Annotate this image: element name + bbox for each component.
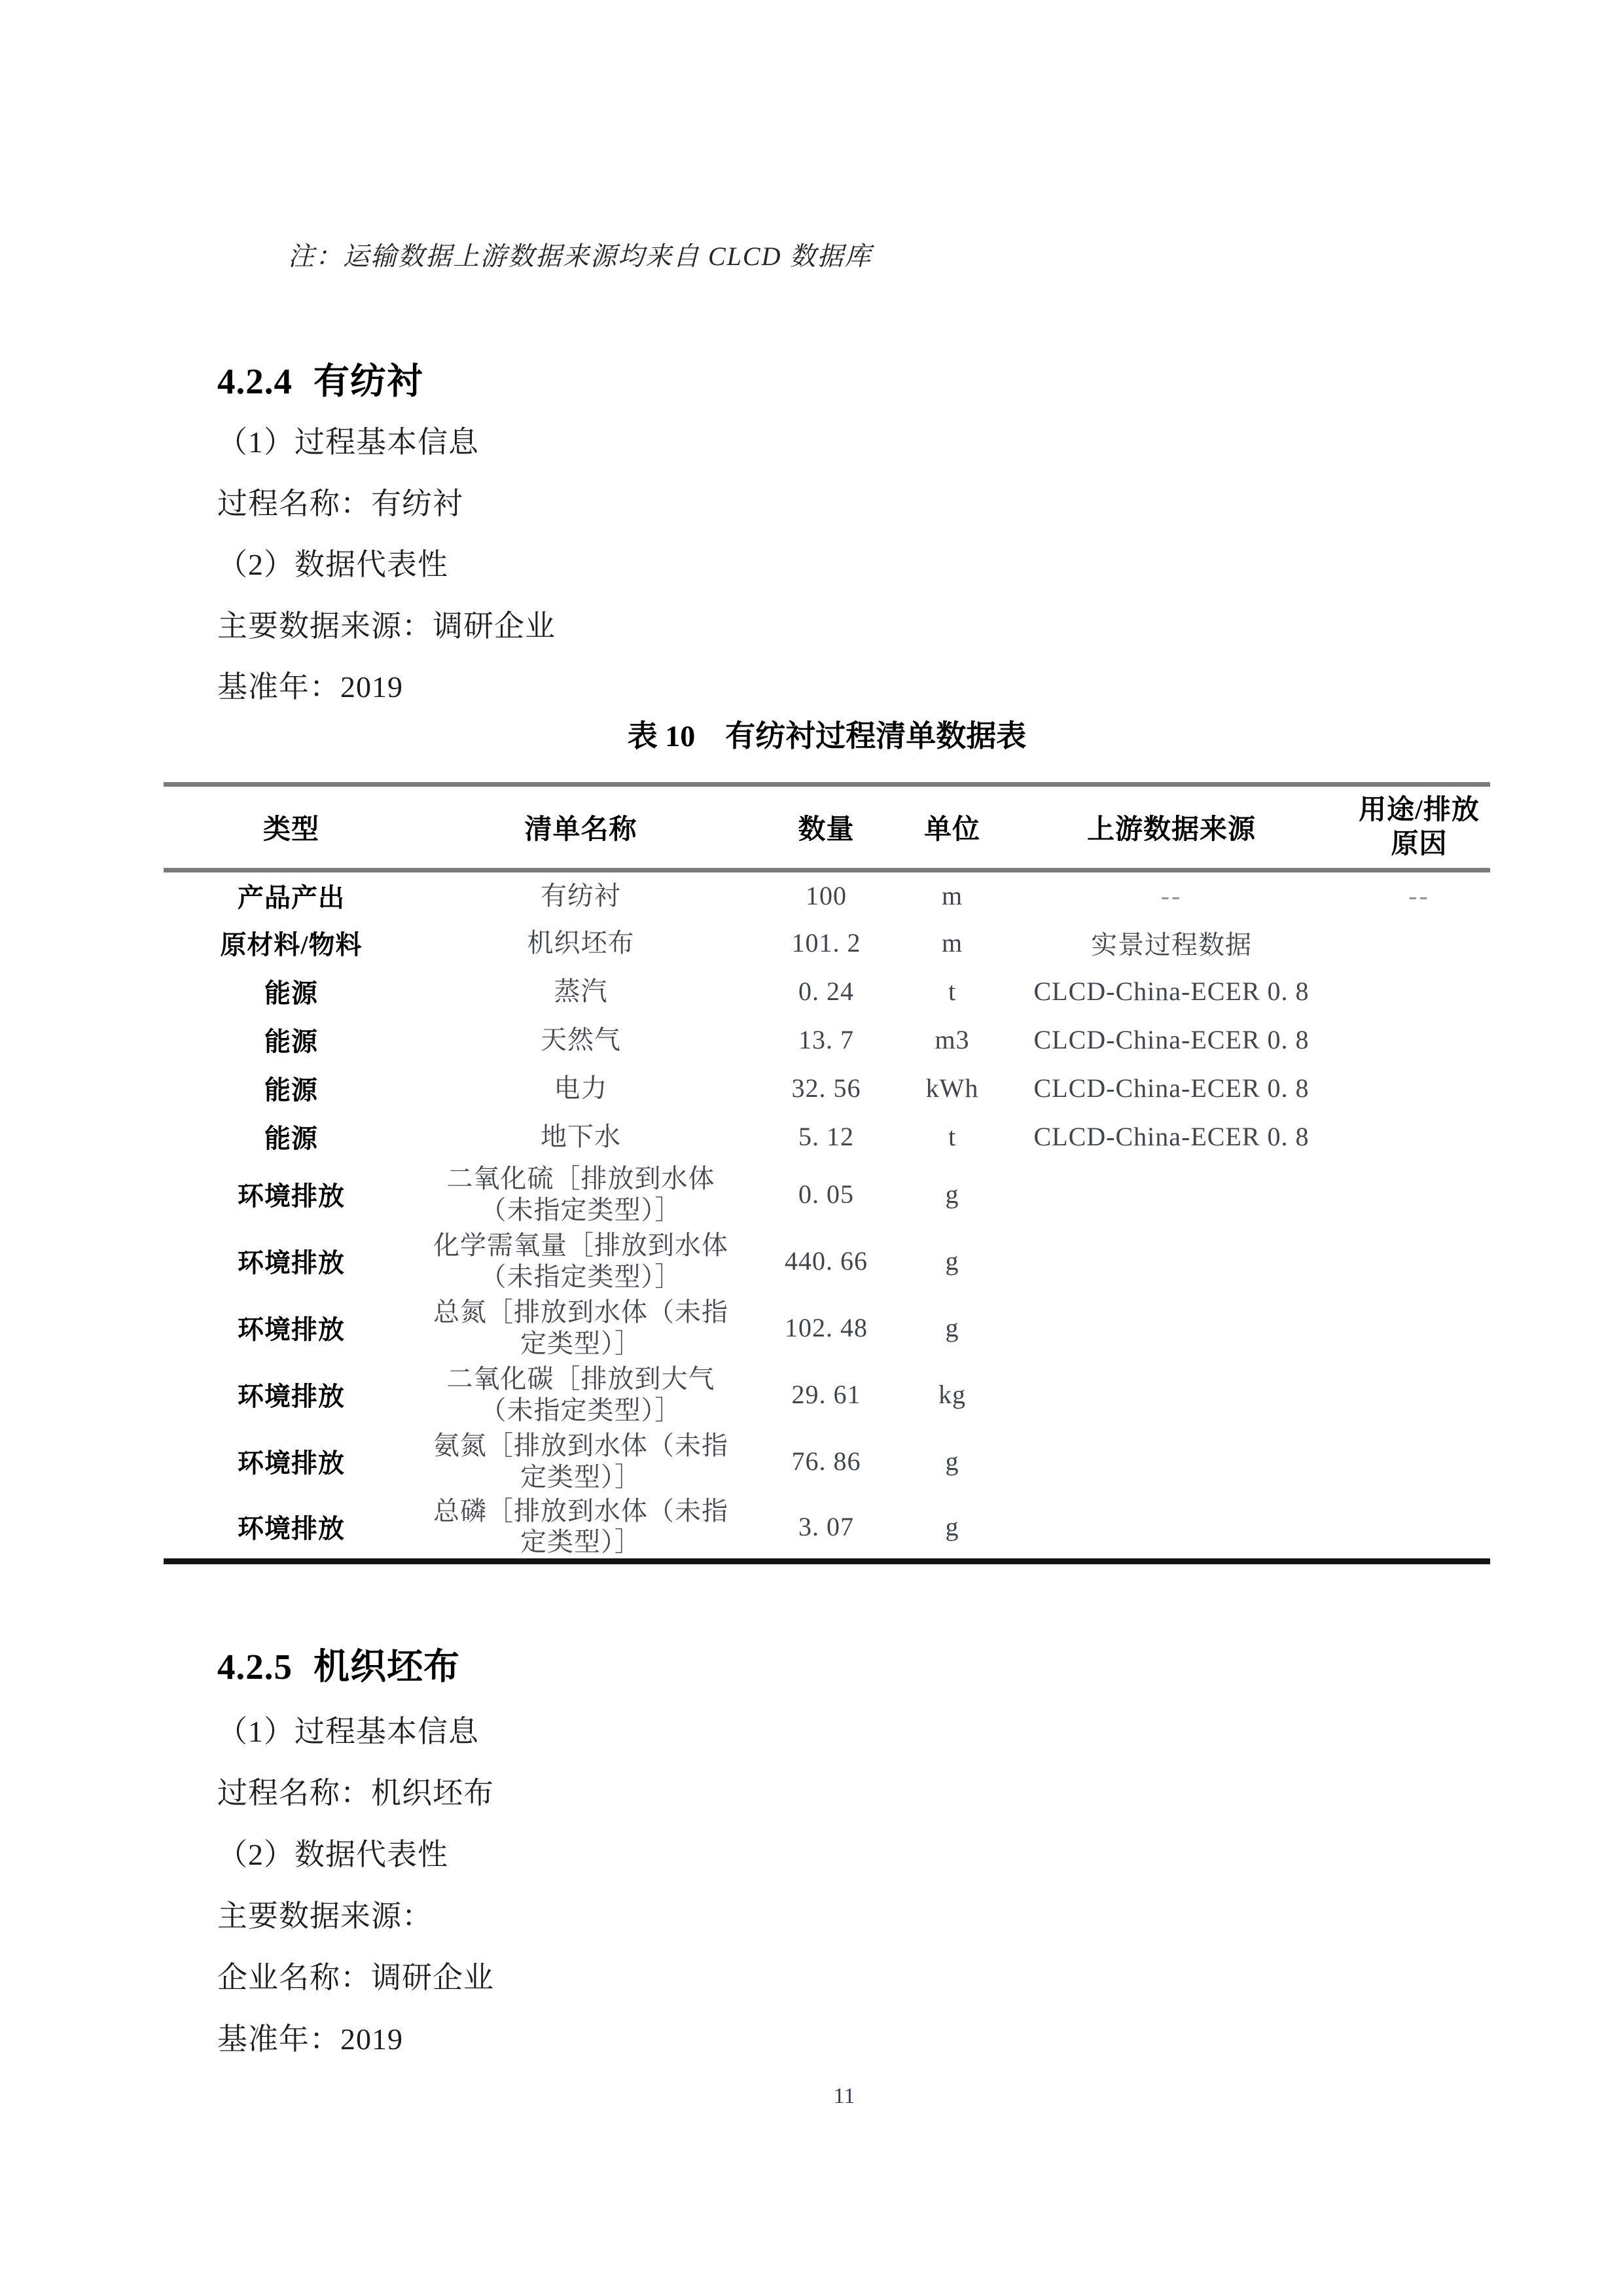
cell-type: 环境排放: [164, 1495, 419, 1562]
paragraph-424-base-year: 基准年：2019: [217, 669, 403, 705]
header-purpose: 用途/排放 原因: [1348, 785, 1490, 870]
document-page: 注：运输数据上游数据来源均来自 CLCD 数据库 4.2.4有纺衬 （1）过程基…: [0, 0, 1623, 2296]
cell-purpose: [1348, 919, 1490, 967]
table-row: 环境排放总磷［排放到水体（未指 定类型）］3. 07g: [164, 1495, 1490, 1562]
cell-qty: 13. 7: [743, 1016, 910, 1064]
table-row: 能源天然气13. 7m3CLCD-China-ECER 0. 8: [164, 1016, 1490, 1064]
paragraph-425-basic-info: （1）过程基本信息: [217, 1713, 479, 1749]
header-source: 上游数据来源: [995, 785, 1348, 870]
cell-purpose: [1348, 1016, 1490, 1064]
cell-name: 地下水: [419, 1113, 743, 1161]
cell-qty: 0. 05: [743, 1161, 910, 1228]
cell-qty: 440. 66: [743, 1228, 910, 1295]
cell-source: --: [995, 870, 1348, 919]
inventory-table: 类型 清单名称 数量 单位 上游数据来源 用途/排放 原因 产品产出有纺衬100…: [164, 782, 1490, 1564]
cell-name: 有纺衬: [419, 870, 743, 919]
cell-purpose: --: [1348, 870, 1490, 919]
cell-unit: g: [910, 1161, 995, 1228]
cell-source: 实景过程数据: [995, 919, 1348, 967]
section-425-title: 机织坯布: [313, 1647, 460, 1687]
table-note: 注：运输数据上游数据来源均来自 CLCD 数据库: [288, 236, 872, 273]
cell-qty: 32. 56: [743, 1064, 910, 1113]
cell-qty: 100: [743, 870, 910, 919]
table-caption-title: 有纺衬过程清单数据表: [725, 719, 1026, 753]
cell-name: 二氧化碳［排放到大气 （未指定类型）］: [419, 1361, 743, 1428]
cell-type: 环境排放: [164, 1295, 419, 1361]
cell-unit: m3: [910, 1016, 995, 1064]
cell-unit: m: [910, 870, 995, 919]
table-row: 环境排放总氮［排放到水体（未指 定类型）］102. 48g: [164, 1295, 1490, 1361]
cell-source: [995, 1161, 1348, 1228]
paragraph-425-data-source: 主要数据来源：: [217, 1898, 433, 1934]
cell-name: 天然气: [419, 1016, 743, 1064]
cell-type: 能源: [164, 1113, 419, 1161]
cell-purpose: [1348, 1495, 1490, 1562]
section-heading-425: 4.2.5机织坯布: [217, 1638, 460, 1689]
table-row: 环境排放化学需氧量［排放到水体 （未指定类型）］440. 66g: [164, 1228, 1490, 1295]
table-caption: 表 10有纺衬过程清单数据表: [164, 712, 1490, 755]
cell-qty: 101. 2: [743, 919, 910, 967]
cell-type: 能源: [164, 1064, 419, 1113]
cell-source: [995, 1295, 1348, 1361]
cell-unit: kWh: [910, 1064, 995, 1113]
cell-purpose: [1348, 1228, 1490, 1295]
header-type: 类型: [164, 785, 419, 870]
inventory-table-body: 产品产出有纺衬100m----原材料/物料机织坯布101. 2m实景过程数据能源…: [164, 870, 1490, 1562]
table-row: 能源地下水5. 12tCLCD-China-ECER 0. 8: [164, 1113, 1490, 1161]
paragraph-425-base-year: 基准年：2019: [217, 2021, 403, 2057]
paragraph-425-representativeness: （2）数据代表性: [217, 1837, 448, 1873]
cell-name: 蒸汽: [419, 967, 743, 1016]
cell-unit: g: [910, 1428, 995, 1495]
cell-name: 氨氮［排放到水体（未指 定类型）］: [419, 1428, 743, 1495]
table-row: 环境排放氨氮［排放到水体（未指 定类型）］76. 86g: [164, 1428, 1490, 1495]
cell-name: 机织坯布: [419, 919, 743, 967]
cell-source: [995, 1428, 1348, 1495]
paragraph-424-basic-info: （1）过程基本信息: [217, 424, 479, 460]
cell-name: 化学需氧量［排放到水体 （未指定类型）］: [419, 1228, 743, 1295]
header-unit: 单位: [910, 785, 995, 870]
paragraph-425-company-name: 企业名称：调研企业: [217, 1960, 494, 1996]
section-heading-424: 4.2.4有纺衬: [217, 352, 423, 404]
table-row: 能源电力32. 56kWhCLCD-China-ECER 0. 8: [164, 1064, 1490, 1113]
cell-name: 电力: [419, 1064, 743, 1113]
cell-purpose: [1348, 967, 1490, 1016]
table-row: 原材料/物料机织坯布101. 2m实景过程数据: [164, 919, 1490, 967]
paragraph-424-data-source: 主要数据来源：调研企业: [217, 608, 556, 644]
cell-purpose: [1348, 1161, 1490, 1228]
cell-type: 产品产出: [164, 870, 419, 919]
cell-unit: t: [910, 1113, 995, 1161]
cell-type: 环境排放: [164, 1428, 419, 1495]
cell-type: 原材料/物料: [164, 919, 419, 967]
cell-unit: g: [910, 1295, 995, 1361]
cell-source: CLCD-China-ECER 0. 8: [995, 1016, 1348, 1064]
cell-unit: t: [910, 967, 995, 1016]
header-name: 清单名称: [419, 785, 743, 870]
section-424-number: 4.2.4: [217, 361, 293, 401]
section-424-title: 有纺衬: [313, 361, 423, 401]
cell-source: CLCD-China-ECER 0. 8: [995, 967, 1348, 1016]
cell-unit: kg: [910, 1361, 995, 1428]
page-number: 11: [818, 2084, 870, 2109]
cell-type: 能源: [164, 1016, 419, 1064]
cell-source: [995, 1495, 1348, 1562]
cell-type: 环境排放: [164, 1161, 419, 1228]
cell-purpose: [1348, 1064, 1490, 1113]
cell-qty: 0. 24: [743, 967, 910, 1016]
cell-qty: 102. 48: [743, 1295, 910, 1361]
cell-purpose: [1348, 1428, 1490, 1495]
table-row: 能源蒸汽0. 24tCLCD-China-ECER 0. 8: [164, 967, 1490, 1016]
cell-source: [995, 1361, 1348, 1428]
section-425-number: 4.2.5: [217, 1647, 293, 1687]
cell-unit: g: [910, 1495, 995, 1562]
cell-source: CLCD-China-ECER 0. 8: [995, 1064, 1348, 1113]
cell-source: CLCD-China-ECER 0. 8: [995, 1113, 1348, 1161]
cell-name: 二氧化硫［排放到水体 （未指定类型）］: [419, 1161, 743, 1228]
table-row: 环境排放二氧化碳［排放到大气 （未指定类型）］29. 61kg: [164, 1361, 1490, 1428]
cell-qty: 29. 61: [743, 1361, 910, 1428]
cell-source: [995, 1228, 1348, 1295]
cell-qty: 3. 07: [743, 1495, 910, 1562]
cell-unit: g: [910, 1228, 995, 1295]
header-row: 类型 清单名称 数量 单位 上游数据来源 用途/排放 原因: [164, 785, 1490, 870]
cell-type: 环境排放: [164, 1361, 419, 1428]
inventory-table-header: 类型 清单名称 数量 单位 上游数据来源 用途/排放 原因: [164, 785, 1490, 870]
cell-name: 总磷［排放到水体（未指 定类型）］: [419, 1495, 743, 1562]
cell-qty: 76. 86: [743, 1428, 910, 1495]
header-qty: 数量: [743, 785, 910, 870]
table-row: 产品产出有纺衬100m----: [164, 870, 1490, 919]
cell-type: 环境排放: [164, 1228, 419, 1295]
cell-type: 能源: [164, 967, 419, 1016]
cell-name: 总氮［排放到水体（未指 定类型）］: [419, 1295, 743, 1361]
cell-purpose: [1348, 1295, 1490, 1361]
table-row: 环境排放二氧化硫［排放到水体 （未指定类型）］0. 05g: [164, 1161, 1490, 1228]
cell-unit: m: [910, 919, 995, 967]
cell-purpose: [1348, 1113, 1490, 1161]
cell-qty: 5. 12: [743, 1113, 910, 1161]
paragraph-425-process-name: 过程名称：机织坯布: [217, 1775, 494, 1811]
cell-purpose: [1348, 1361, 1490, 1428]
table-caption-label: 表 10: [628, 719, 696, 753]
paragraph-424-representativeness: （2）数据代表性: [217, 547, 448, 583]
paragraph-424-process-name: 过程名称：有纺衬: [217, 486, 463, 522]
